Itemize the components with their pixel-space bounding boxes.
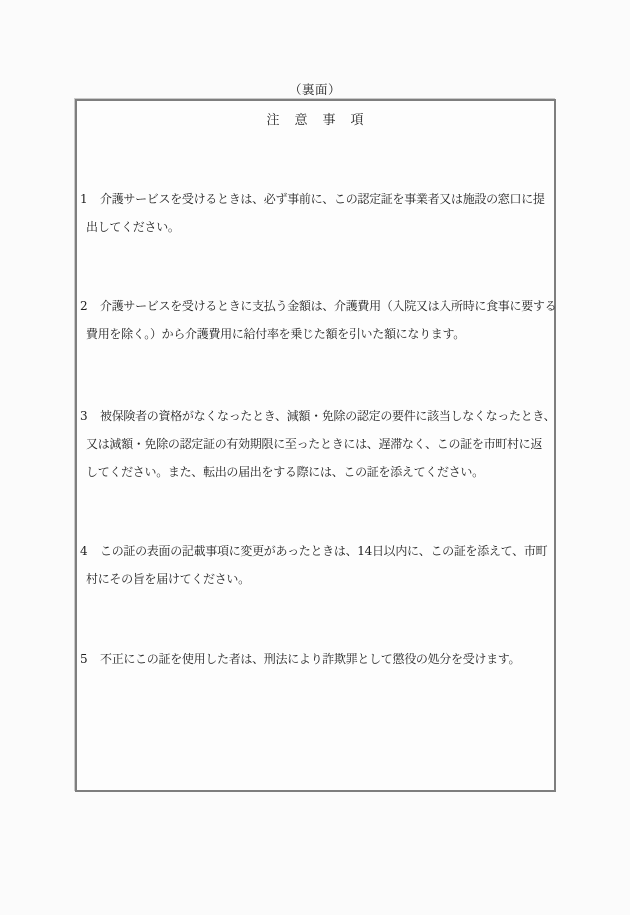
note-item-5: 5不正にこの証を使用した者は、刑法により詐欺罪として懲役の処分を受けます。 <box>77 645 554 673</box>
item-line: 2介護サービスを受けるときに支払う金額は、介護費用（入院又は入所時に食事に要する <box>77 292 554 320</box>
item-number: 4 <box>77 537 100 565</box>
item-number: 1 <box>77 185 100 213</box>
document-page: （裏面） 注 意 事 項 1介護サービスを受けるときは、必ず事前に、この認定証を… <box>0 0 630 915</box>
item-text: この証の表面の記載事項に変更があったときは、14日以内に、この証を添えて、市町 <box>100 544 547 558</box>
note-item-2: 2介護サービスを受けるときに支払う金額は、介護費用（入院又は入所時に食事に要する… <box>77 292 554 348</box>
item-line: 3被保険者の資格がなくなったとき、減額・免除の認定の要件に該当しなくなったとき、 <box>77 402 554 430</box>
item-line: 費用を除く。）から介護費用に給付率を乗じた額を引いた額になります。 <box>77 320 554 348</box>
item-number: 3 <box>77 402 100 430</box>
notice-box: 注 意 事 項 1介護サービスを受けるときは、必ず事前に、この認定証を事業者又は… <box>75 99 556 792</box>
item-line: 1介護サービスを受けるときは、必ず事前に、この認定証を事業者又は施設の窓口に提 <box>77 185 554 213</box>
item-line: 4この証の表面の記載事項に変更があったときは、14日以内に、この証を添えて、市町 <box>77 537 554 565</box>
item-line: 5不正にこの証を使用した者は、刑法により詐欺罪として懲役の処分を受けます。 <box>77 645 554 673</box>
item-number: 5 <box>77 645 100 673</box>
item-text: 不正にこの証を使用した者は、刑法により詐欺罪として懲役の処分を受けます。 <box>100 652 520 666</box>
item-text: 介護サービスを受けるときに支払う金額は、介護費用（入院又は入所時に食事に要する <box>100 299 556 313</box>
item-line: 又は減額・免除の認定証の有効期限に至ったときには、遅滞なく、この証を市町村に返 <box>77 430 554 458</box>
item-line: 出してください。 <box>77 213 554 241</box>
item-line: してください。また、転出の届出をする際には、この証を添えてください。 <box>77 458 554 486</box>
note-item-1: 1介護サービスを受けるときは、必ず事前に、この認定証を事業者又は施設の窓口に提 … <box>77 185 554 241</box>
item-text: 介護サービスを受けるときは、必ず事前に、この認定証を事業者又は施設の窓口に提 <box>100 192 545 206</box>
note-item-3: 3被保険者の資格がなくなったとき、減額・免除の認定の要件に該当しなくなったとき、… <box>77 402 554 486</box>
side-label: （裏面） <box>0 80 630 98</box>
item-line: 村にその旨を届けてください。 <box>77 565 554 593</box>
item-text: 被保険者の資格がなくなったとき、減額・免除の認定の要件に該当しなくなったとき、 <box>100 409 555 423</box>
item-number: 2 <box>77 292 100 320</box>
note-item-4: 4この証の表面の記載事項に変更があったときは、14日以内に、この証を添えて、市町… <box>77 537 554 593</box>
notice-title: 注 意 事 項 <box>77 109 554 128</box>
